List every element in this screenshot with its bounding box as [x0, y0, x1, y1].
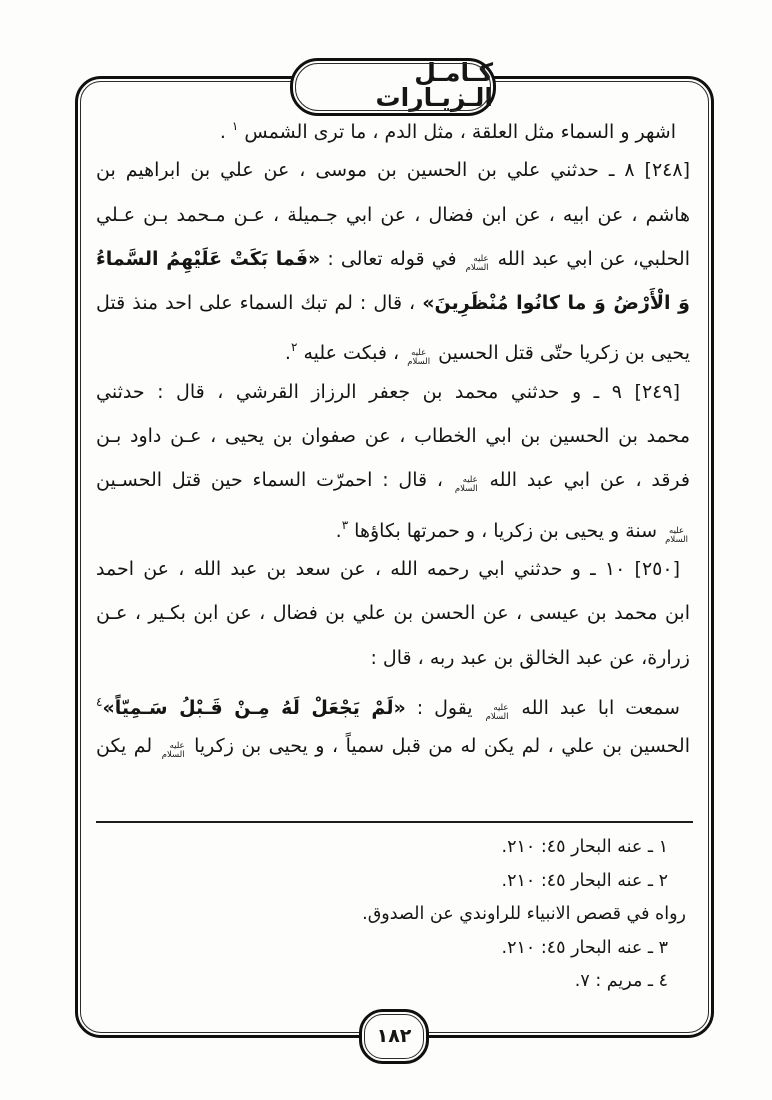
page-number-cartouche: ١٨٢	[359, 1009, 429, 1064]
footnote-item: ١ ـ عنه البحار ٤٥: ٢١٠.	[96, 831, 690, 865]
text-line: [٢٥٠] ١٠ ـ و حدثني ابي رحمه الله ، عن سع…	[96, 547, 690, 591]
footnotes: ١ ـ عنه البحار ٤٥: ٢١٠.٢ ـ عنه البحار ٤٥…	[96, 831, 690, 999]
text-line: محمد بن الحسين بن ابي الخطاب ، عن صفوان …	[96, 414, 690, 458]
text-line: [٢٤٨] ٨ ـ حدثني علي بن الحسين بن موسى ، …	[96, 148, 690, 192]
text-line: عليهالسلام سنة و يحيى بن زكريا ، و حمرته…	[96, 503, 690, 547]
text-line: ابن محمد بن عيسى ، عن الحسن بن علي بن فض…	[96, 591, 690, 635]
alayhis-salam-icon: عليهالسلام	[665, 527, 688, 545]
book-page: { "header": { "title": "كـامـل الـزيـارا…	[0, 0, 772, 1100]
page-number-inner-rule	[364, 1014, 424, 1059]
footnote-item: ٣ ـ عنه البحار ٤٥: ٢١٠.	[96, 932, 690, 966]
text-line: الحلبي، عن ابي عبد الله عليهالسلام في قو…	[96, 237, 690, 281]
text-line: وَ الْأَرْضُ وَ ما كانُوا مُنْظَرِينَ» ،…	[96, 281, 690, 325]
text-line: هاشم ، عن ابيه ، عن ابن فضال ، عن ابي جـ…	[96, 193, 690, 237]
text-line: [٢٤٩] ٩ ـ و حدثني محمد بن جعفر الرزاز ال…	[96, 370, 690, 414]
title-cartouche-inner-rule	[295, 63, 491, 111]
footnote-item: رواه في قصص الانبياء للراوندي عن الصدوق.	[96, 898, 690, 932]
alayhis-salam-icon: عليهالسلام	[466, 255, 489, 273]
footnote-item: ٤ ـ مريم : ٧.	[96, 965, 690, 999]
text-line: الحسين بن علي ، لم يكن له من قبل سمياً ،…	[96, 724, 690, 768]
alayhis-salam-icon: عليهالسلام	[407, 349, 430, 367]
alayhis-salam-icon: عليهالسلام	[455, 476, 478, 494]
alayhis-salam-icon: عليهالسلام	[486, 704, 509, 722]
footnote-item: ٢ ـ عنه البحار ٤٥: ٢١٠.	[96, 865, 690, 899]
body-text: اشهر و السماء مثل العلقة ، مثل الدم ، ما…	[96, 104, 690, 768]
text-line: فرقد ، عن ابي عبد الله عليهالسلام ، قال …	[96, 458, 690, 502]
footnote-divider	[96, 821, 693, 823]
text-line: يحيى بن زكريا حتّى قتل الحسين عليهالسلام…	[96, 325, 690, 369]
alayhis-salam-icon: عليهالسلام	[162, 742, 185, 760]
title-cartouche: كـامـل الـزيـارات	[290, 58, 496, 116]
text-line: سمعت ابا عبد الله عليهالسلام يقول : «لَم…	[96, 680, 690, 724]
text-line: زرارة، عن عبد الخالق بن عبد ربه ، قال :	[96, 636, 690, 680]
